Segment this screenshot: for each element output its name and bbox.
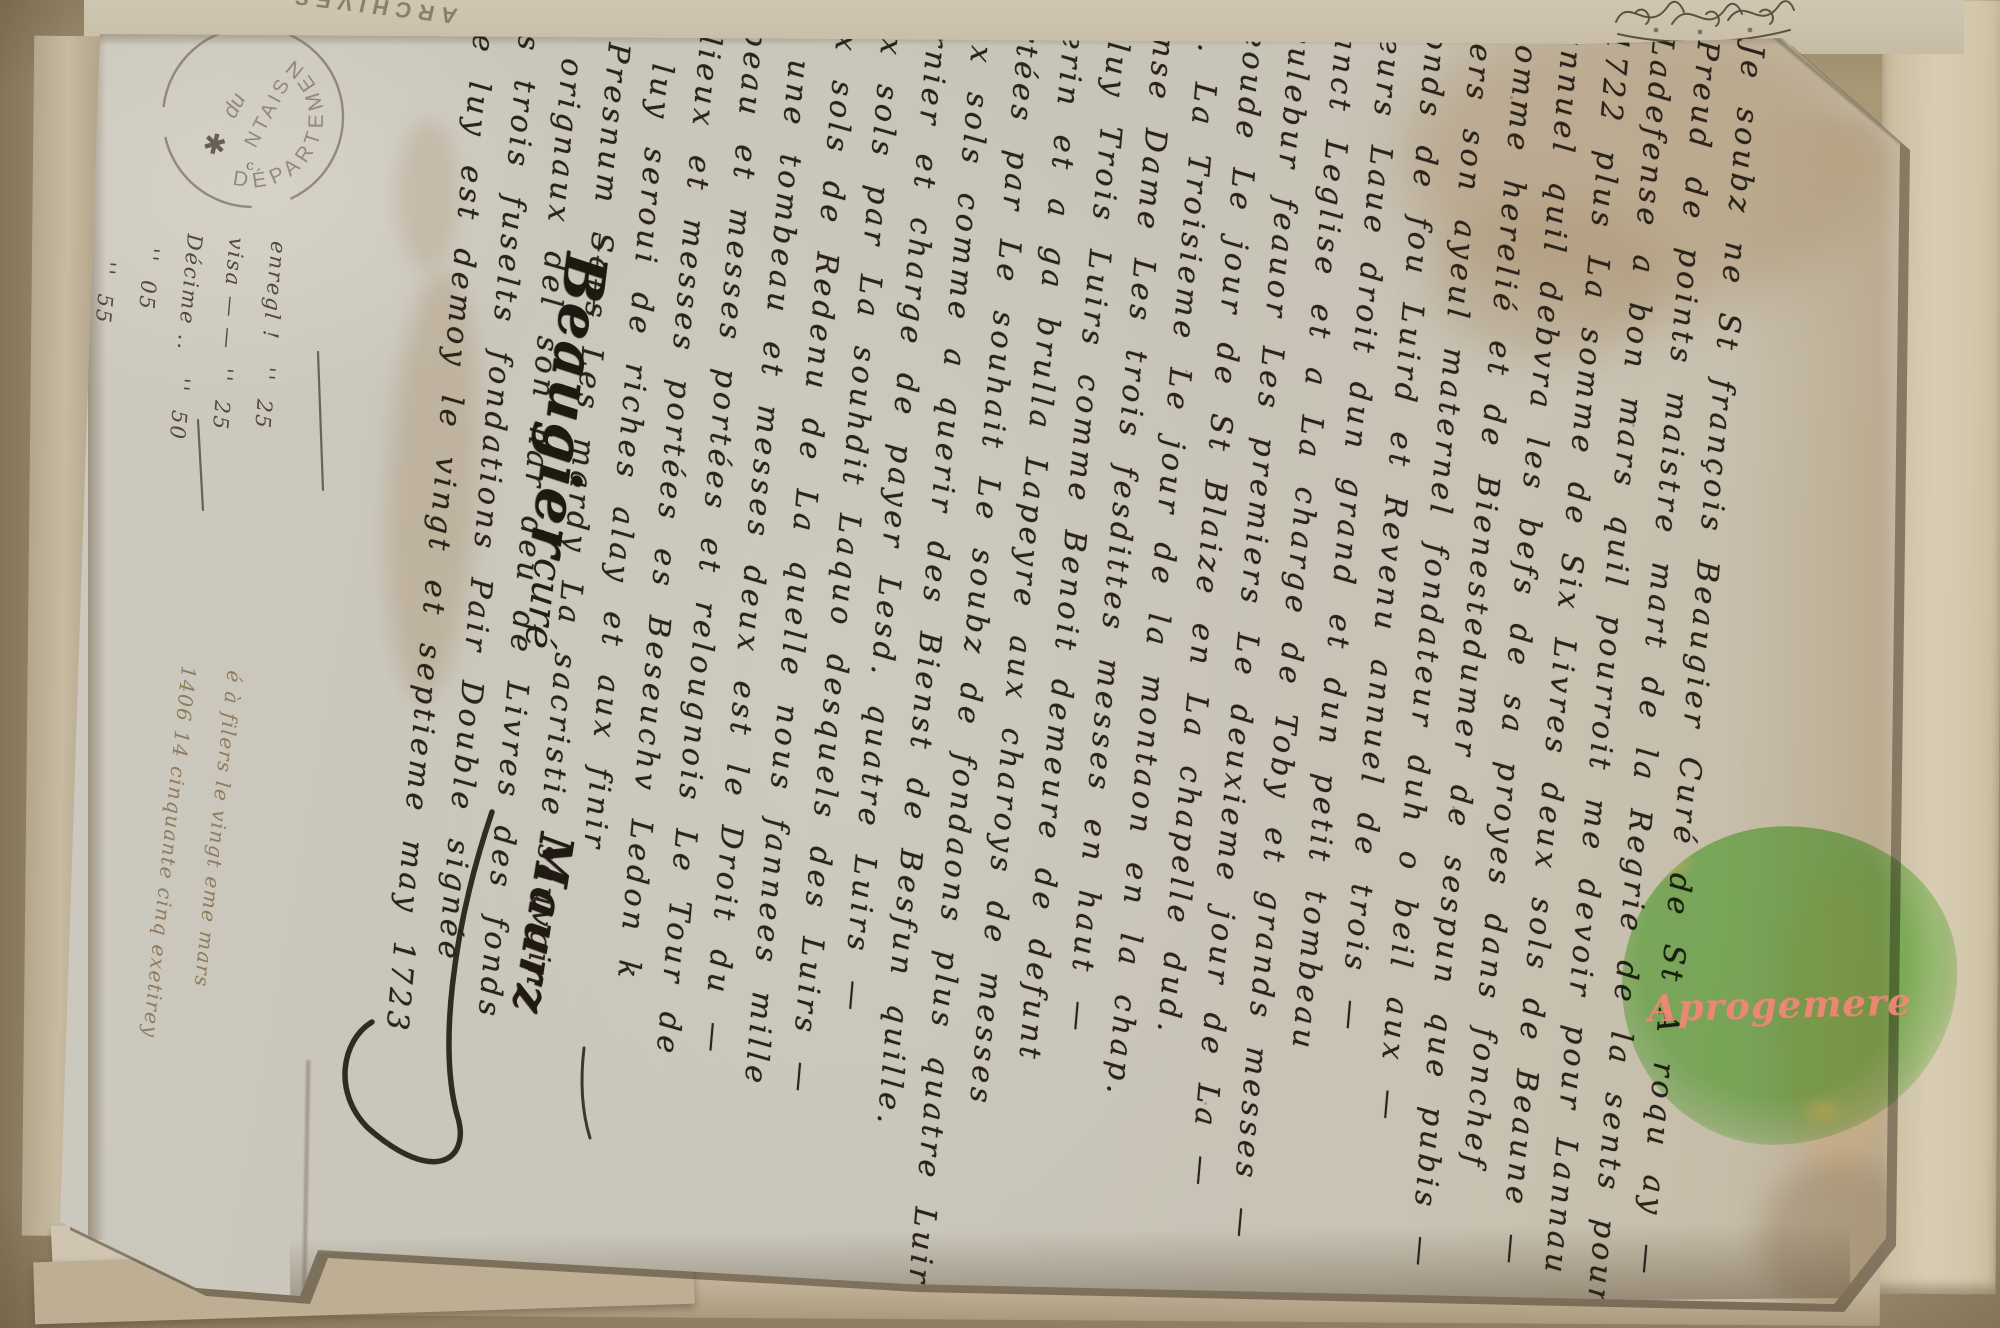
stamp-line1: du [217, 89, 251, 122]
watermark-text: Aprogemere [1647, 978, 1978, 1031]
registration-ledger: enregl ! '' 25visa — — '' 25Décime .. ''… [137, 231, 425, 563]
signature-title: curé [515, 555, 598, 654]
main-sheet: DÉPARTEMENT du NTAIS ✱ c Je soubz ne St … [0, 0, 2000, 1328]
stamp-line2: NTAIS [240, 72, 296, 151]
stamp-small-mark: c [246, 158, 254, 174]
